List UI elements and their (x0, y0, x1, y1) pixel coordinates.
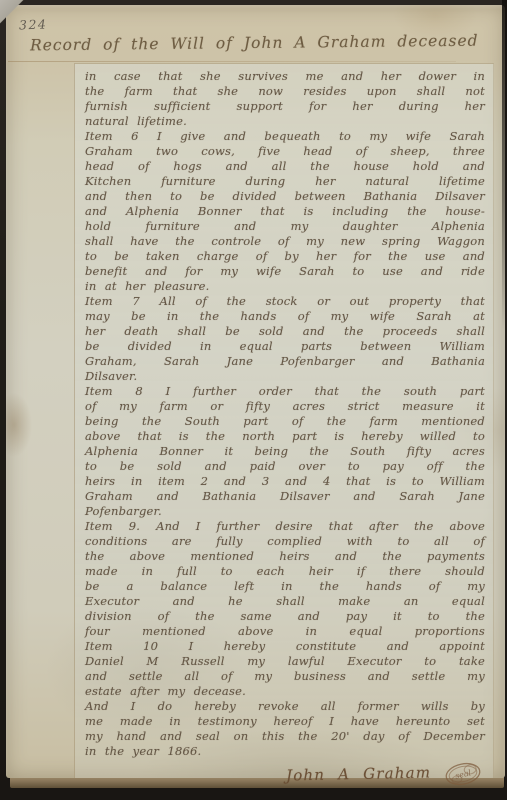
text-line: and settle all of my business and settle… (85, 669, 485, 684)
text-line: Dilsaver. (85, 369, 485, 384)
text-line: natural lifetime. (85, 114, 485, 129)
text-line: to be taken charge of by her for the use… (85, 249, 485, 264)
text-line: Kitchen furniture during her natural lif… (85, 174, 485, 189)
text-line: conditions are fully complied with to al… (85, 534, 485, 549)
text-line: benefit and for my wife Sarah to use and… (85, 264, 485, 279)
text-line: four mentioned above in equal proportion… (85, 624, 485, 639)
body-lines: in case that she survives me and her dow… (85, 69, 485, 759)
seal-icon: seal (441, 757, 486, 791)
text-line: the farm that she now resides upon shall… (85, 84, 485, 99)
text-line: in the year 1866. (85, 744, 485, 759)
text-line: Item 6 I give and bequeath to my wife Sa… (85, 129, 485, 144)
text-line: the above mentioned heirs and the paymen… (85, 549, 485, 564)
text-line: in case that she survives me and her dow… (85, 69, 485, 84)
text-line: Daniel M Russell my lawful Executor to t… (85, 654, 485, 669)
text-line: be a balance left in the hands of my (85, 579, 485, 594)
text-line: her death shall be sold and the proceeds… (85, 324, 485, 339)
text-line: Pofenbarger. (85, 504, 485, 519)
text-line: of my farm or fifty acres strict measure… (85, 399, 485, 414)
text-line: And I do hereby revoke all former wills … (85, 699, 485, 714)
text-line: head of hogs and all the house hold and (85, 159, 485, 174)
signature-row: John A Graham seal (85, 761, 485, 787)
text-line: hold furniture and my daughter Alphenia (85, 219, 485, 234)
page-title: Record of the Will of John A Graham dece… (30, 32, 480, 55)
text-line: and Alphenia Bonner that is including th… (85, 204, 485, 219)
text-line: Alphenia Bonner it being the South fifty… (85, 444, 485, 459)
text-line: be divided in equal parts between Willia… (85, 339, 485, 354)
text-line: Item 9. And I further desire that after … (85, 519, 485, 534)
text-line: Graham two cows, five head of sheep, thr… (85, 144, 485, 159)
text-line: estate after my decease. (85, 684, 485, 699)
text-line: may be in the hands of my wife Sarah at (85, 309, 485, 324)
seal-label: seal (454, 768, 472, 780)
text-line: Graham and Bathania Dilsaver and Sarah J… (85, 489, 485, 504)
page-edge-shadow (502, 0, 507, 330)
text-line: being the South part of the farm mention… (85, 414, 485, 429)
photo-corner-highlight (0, 0, 30, 30)
text-line: Item 8 I further order that the south pa… (85, 384, 485, 399)
text-line: heirs in item 2 and 3 and 4 that is to W… (85, 474, 485, 489)
signature: John A Graham (286, 763, 432, 784)
text-line: me made in testimony hereof I have hereu… (85, 714, 485, 729)
text-line: and then to be divided between Bathania … (85, 189, 485, 204)
text-line: Item 10 I hereby constitute and appoint (85, 639, 485, 654)
text-line: my hand and seal on this the 20' day of … (85, 729, 485, 744)
text-line: Executor and he shall make an equal (85, 594, 485, 609)
text-line: furnish sufficient support for her durin… (85, 99, 485, 114)
ledger-page: 324 Record of the Will of John A Graham … (6, 5, 505, 778)
text-line: division of the same and pay it to the (85, 609, 485, 624)
text-line: shall have the controle of my new spring… (85, 234, 485, 249)
will-text-block: in case that she survives me and her dow… (74, 63, 494, 778)
text-line: Item 7 All of the stock or out property … (85, 294, 485, 309)
text-line: above that is the north part is hereby w… (85, 429, 485, 444)
title-underline (8, 61, 456, 62)
text-line: made in full to each heir if there shoul… (85, 564, 485, 579)
text-line: Graham, Sarah Jane Pofenbarger and Batha… (85, 354, 485, 369)
text-line: to be sold and paid over to pay off the (85, 459, 485, 474)
text-line: in at her pleasure. (85, 279, 485, 294)
photo-frame: 324 Record of the Will of John A Graham … (0, 0, 507, 800)
